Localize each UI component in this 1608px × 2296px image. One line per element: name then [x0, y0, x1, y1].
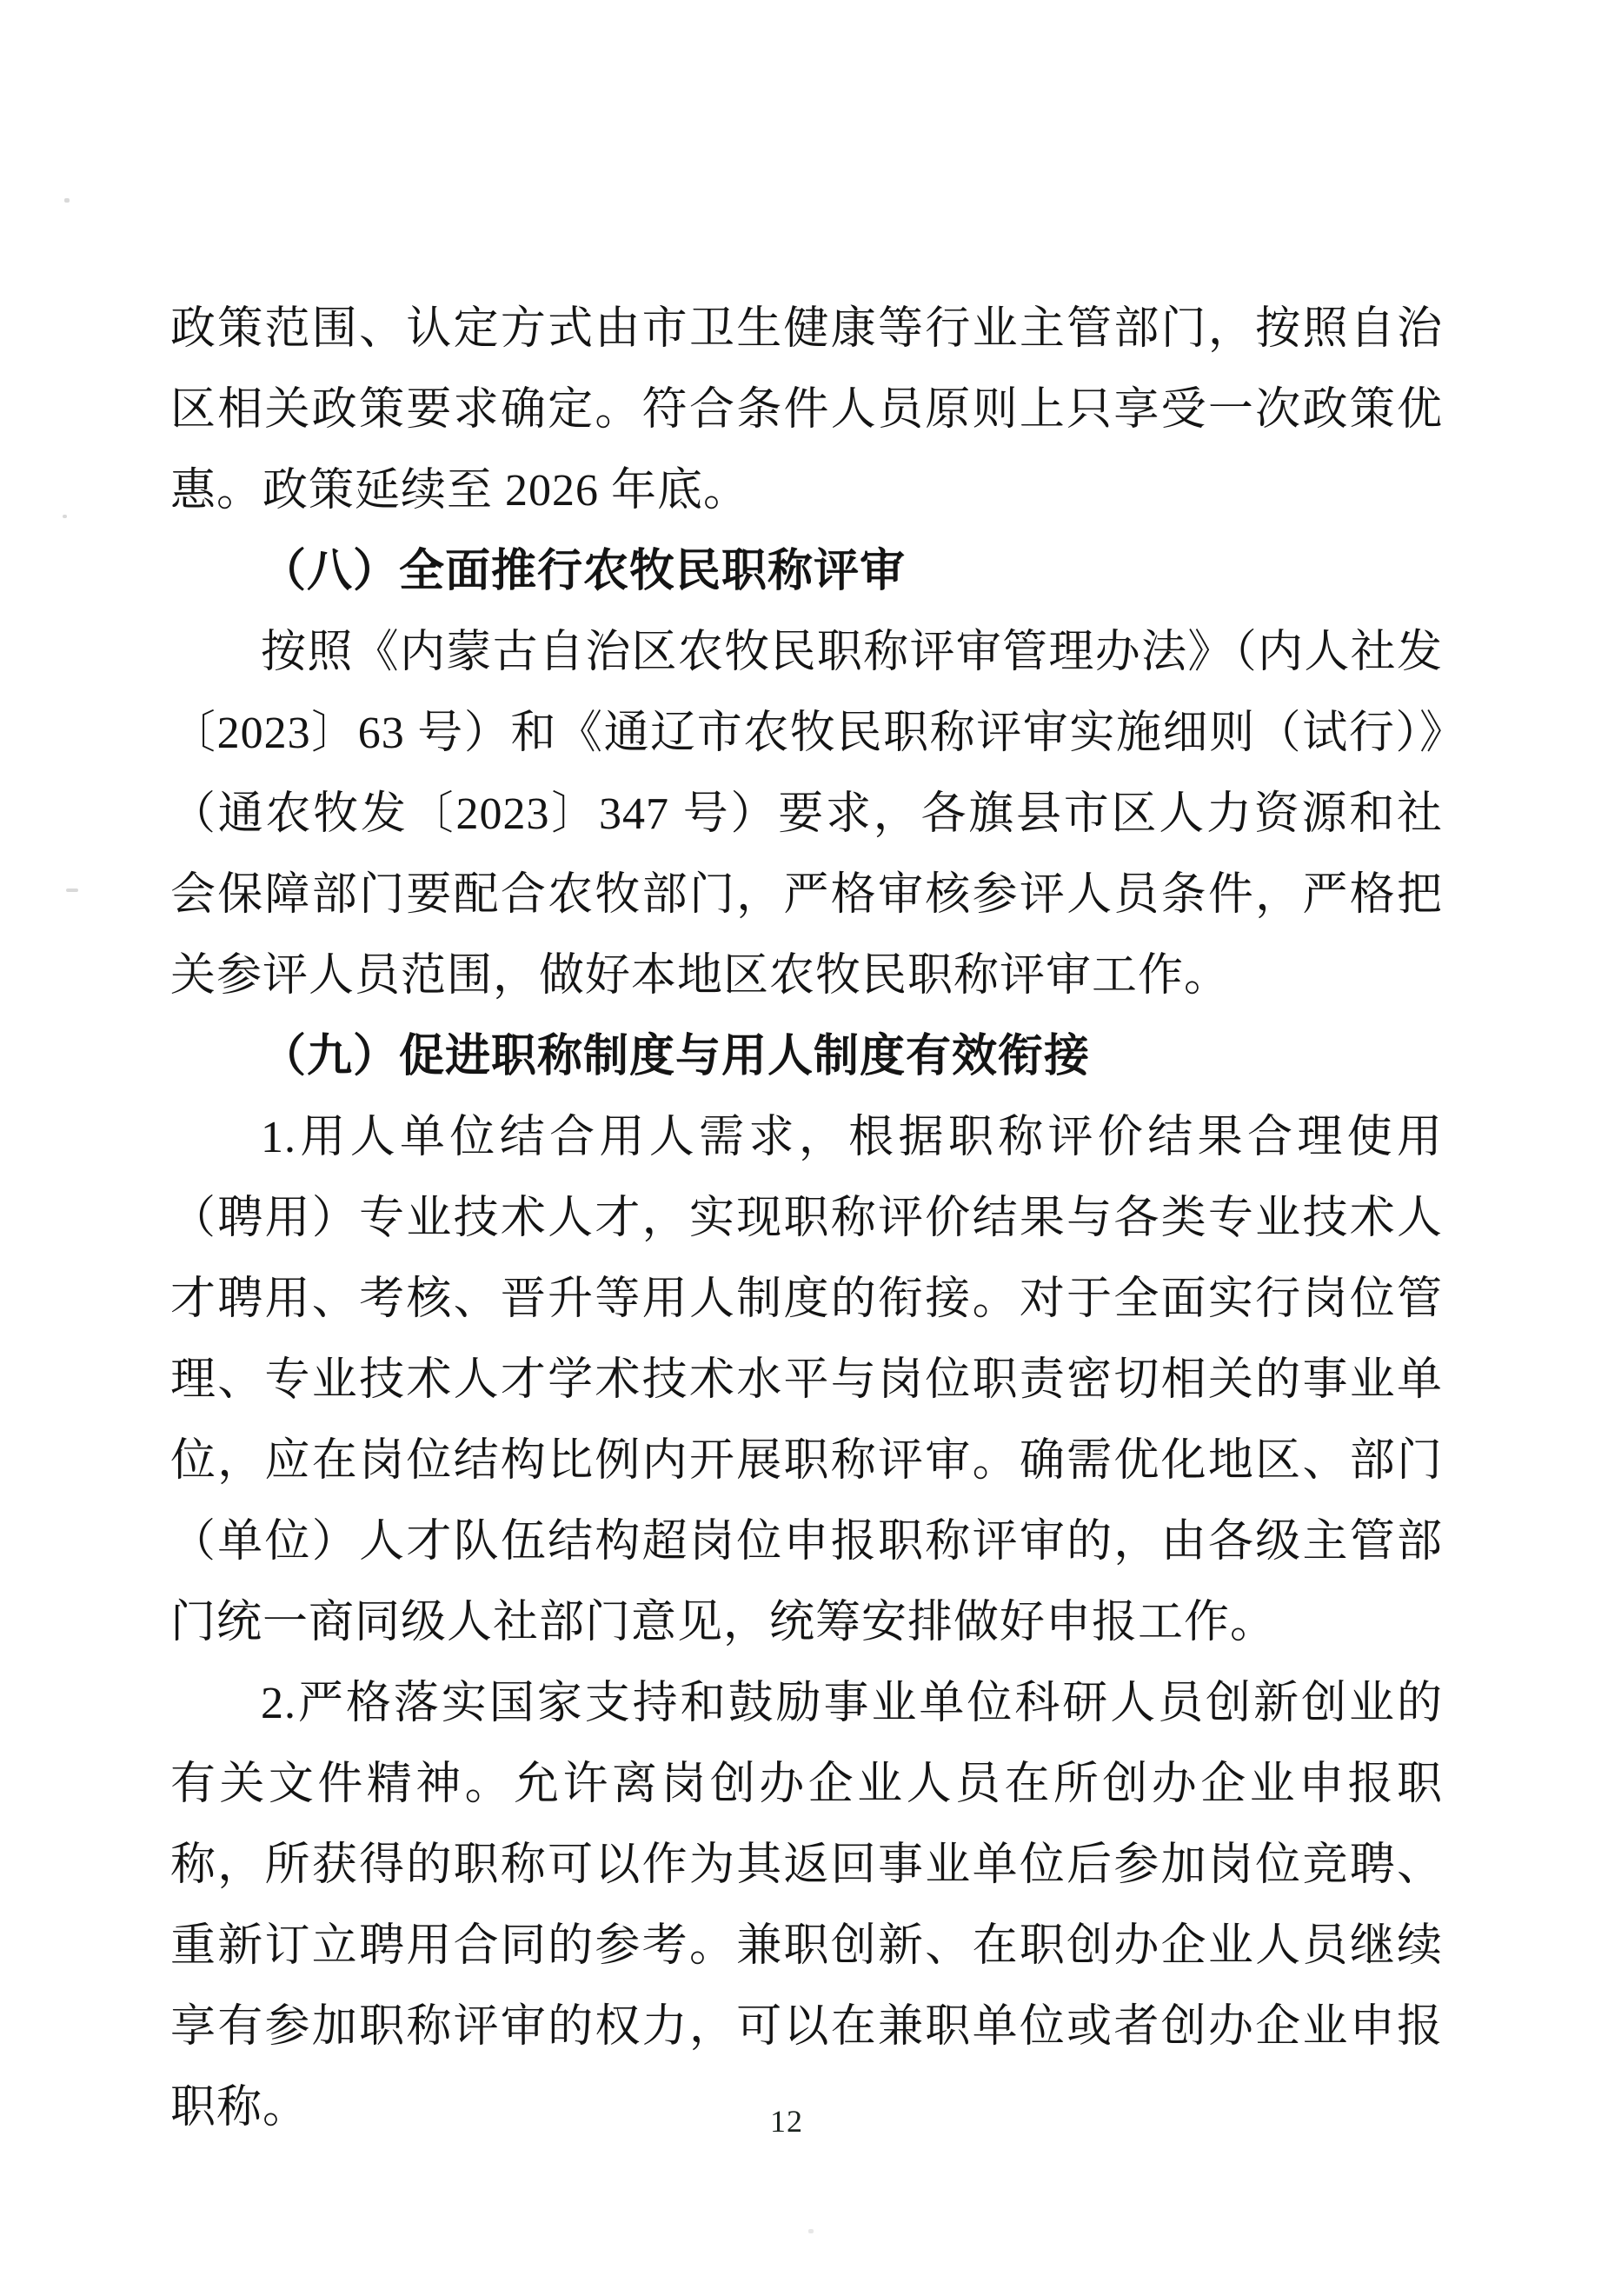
document-body: 政策范围、认定方式由市卫生健康等行业主管部门，按照自治区相关政策要求确定。符合条…: [170, 289, 1443, 2148]
scan-artifact: [63, 515, 67, 518]
scan-artifact: [66, 888, 78, 892]
page-number: 12: [0, 2104, 1608, 2139]
paragraph-herdsmen-review: 按照《内蒙古自治区农牧民职称评审管理办法》（内人社发〔2023〕63 号）和《通…: [170, 612, 1443, 1016]
scan-artifact: [64, 198, 70, 203]
scan-artifact: [808, 2229, 814, 2233]
section-heading-8: （八）全面推行农牧民职称评审: [170, 531, 1443, 612]
paragraph-policy-scope: 政策范围、认定方式由市卫生健康等行业主管部门，按照自治区相关政策要求确定。符合条…: [170, 289, 1443, 531]
paragraph-employment-linkage: 1.用人单位结合用人需求，根据职称评价结果合理使用（聘用）专业技术人才，实现职称…: [170, 1097, 1443, 1663]
section-heading-9: （九）促进职称制度与用人制度有效衔接: [170, 1016, 1443, 1097]
paragraph-innovation-entrepreneurship: 2.严格落实国家支持和鼓励事业单位科研人员创新创业的有关文件精神。允许离岗创办企…: [170, 1663, 1443, 2148]
document-page: 政策范围、认定方式由市卫生健康等行业主管部门，按照自治区相关政策要求确定。符合条…: [0, 0, 1608, 2296]
